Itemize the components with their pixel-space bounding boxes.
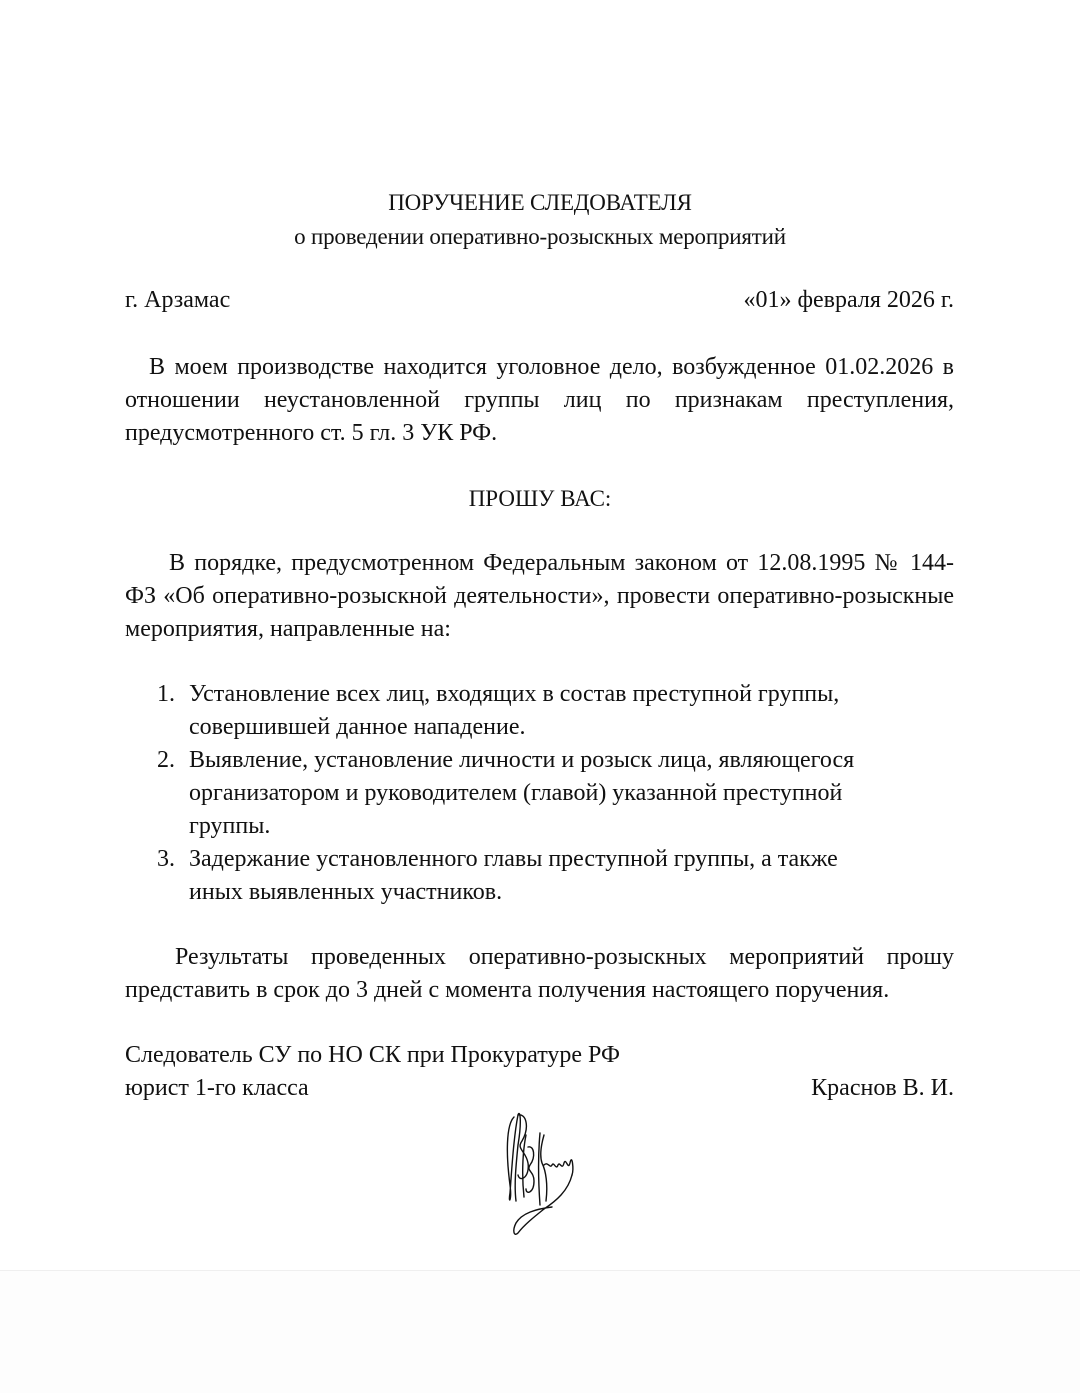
task-text: Установление всех лиц, входящих в состав… (189, 681, 839, 740)
task-number: 3. (157, 843, 175, 876)
task-text: Задержание установленного главы преступн… (189, 846, 838, 905)
date: «01» февраля 2026 г. (743, 284, 954, 317)
task-item: 2. Выявление, установление личности и ро… (157, 744, 897, 843)
task-number: 2. (157, 744, 175, 777)
document-subtitle: о проведении оперативно-розыскных меропр… (0, 220, 1080, 254)
signatory-name: Краснов В. И. (811, 1072, 954, 1105)
signature-block: Следователь СУ по НО СК при Прокуратуре … (125, 1039, 954, 1105)
place: г. Арзамас (125, 284, 230, 317)
task-text: Выявление, установление личности и розыс… (189, 747, 854, 839)
signatory-rank: юрист 1-го класса (125, 1072, 309, 1105)
document-title: ПОРУЧЕНИЕ СЛЕДОВАТЕЛЯ (0, 186, 1080, 220)
signature-icon (500, 1105, 580, 1237)
results-paragraph: Результаты проведенных оперативно-розыск… (125, 941, 954, 1007)
document-page: ПОРУЧЕНИЕ СЛЕДОВАТЕЛЯ о проведении опера… (0, 0, 1080, 1271)
request-heading: ПРОШУ ВАС: (0, 482, 1080, 515)
signatory-row: юрист 1-го класса Краснов В. И. (125, 1072, 954, 1105)
page-gap (0, 1271, 1080, 1393)
task-item: 1. Установление всех лиц, входящих в сос… (157, 678, 897, 744)
intro-paragraph: В моем производстве находится уголовное … (125, 351, 954, 450)
signatory-position: Следователь СУ по НО СК при Прокуратуре … (125, 1039, 954, 1072)
task-list: 1. Установление всех лиц, входящих в сос… (157, 678, 897, 909)
task-item: 3. Задержание установленного главы прест… (157, 843, 897, 909)
task-number: 1. (157, 678, 175, 711)
place-date-line: г. Арзамас «01» февраля 2026 г. (125, 284, 954, 317)
request-paragraph: В порядке, предусмотренном Федеральным з… (125, 547, 954, 646)
